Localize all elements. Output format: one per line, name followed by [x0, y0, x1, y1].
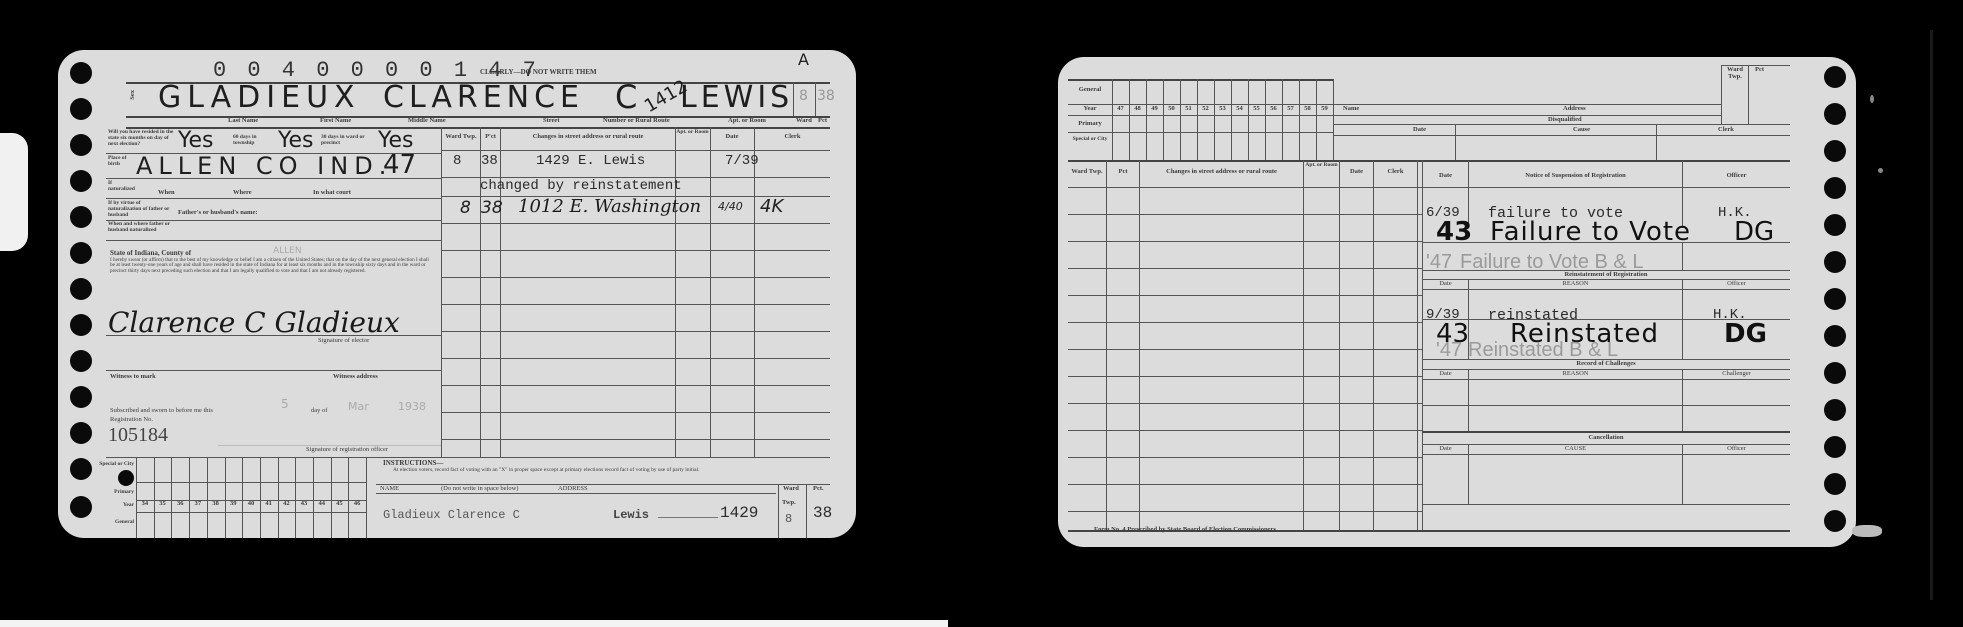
name-pct: 38 — [817, 88, 835, 104]
corner-mark: A — [798, 50, 809, 69]
challenges-reason-header: REASON — [1469, 371, 1682, 378]
precinct-label: 30 days in ward or precinct — [321, 135, 379, 147]
col-address: Changes in street address or rural route — [1140, 169, 1303, 176]
col-pct: P'ct — [481, 134, 500, 141]
stub-ward: 8 — [785, 512, 792, 526]
row3-date: 4/40 — [718, 200, 743, 213]
label-middle-name: Middle Name — [408, 118, 446, 125]
form-footer: Form No. 4 Prescribed by State Board of … — [1094, 527, 1276, 534]
year-cell: 57 — [1282, 106, 1299, 113]
year-cell: 47 — [1112, 106, 1129, 113]
reinstatement-2-officer: DG — [1724, 319, 1767, 349]
col-apt: Apt. or Room — [676, 130, 709, 136]
registration-no-label: Registration No. — [110, 417, 153, 424]
reinstatement-date-header: Date — [1423, 281, 1468, 288]
residence-question: Will you have resided in the state six m… — [108, 130, 178, 147]
col-date: Date — [1340, 169, 1373, 176]
subscribed-day: 5 — [281, 397, 289, 411]
address-label: Address — [1563, 106, 1586, 113]
clerk-label: Clerk — [1718, 127, 1734, 134]
date-label: Date — [1413, 127, 1426, 134]
stub-pct: 38 — [813, 504, 832, 522]
year-cell: 55 — [1248, 106, 1265, 113]
label-pct: Pct — [818, 118, 827, 125]
last-name: GLADIEUX — [158, 80, 361, 115]
year-cell: 44 — [313, 501, 331, 508]
year-cell: 36 — [171, 501, 189, 508]
township-label: 60 days in township — [233, 135, 278, 147]
row3-ward: 8 — [460, 198, 471, 218]
scanner-bottom-strip — [0, 620, 948, 627]
name-ward: 8 — [799, 88, 808, 104]
row3-clerk: 4K — [760, 196, 783, 217]
naturalized-when: When — [158, 190, 175, 197]
place-of-birth: ALLEN CO IND. — [136, 152, 392, 180]
reinstatement-reason-header: REASON — [1469, 281, 1682, 288]
year-cell: 58 — [1299, 106, 1316, 113]
grid-label-special: Special or City — [1070, 137, 1110, 143]
challenges-date-header: Date — [1423, 371, 1468, 378]
label-ward: Ward — [796, 118, 812, 125]
residence-answer: Yes — [178, 128, 214, 153]
witness-address-label: Witness address — [333, 374, 378, 381]
cause-label: Cause — [1573, 127, 1590, 134]
year-cell: 38 — [207, 501, 225, 508]
subscribed-year: 1938 — [398, 400, 426, 413]
cancellation-date-header: Date — [1423, 446, 1468, 453]
col-clerk: Clerk — [755, 134, 830, 141]
row1-address: 1429 E. Lewis — [536, 153, 645, 169]
year-cell: 56 — [1265, 106, 1282, 113]
grid-label-primary: Primary — [1070, 121, 1110, 128]
row1-pct: 38 — [481, 153, 498, 169]
oath-county: ALLEN — [273, 246, 302, 256]
label-street: Street — [543, 118, 559, 125]
row2-note: changed by reinstatement — [480, 178, 682, 194]
cancellation-cause-header: CAUSE — [1469, 446, 1682, 453]
grid-label-year: Year — [86, 503, 134, 509]
year-cell: 40 — [242, 501, 260, 508]
officer-signature-label: Signature of registration officer — [306, 447, 388, 454]
name-label: Name — [1343, 106, 1359, 113]
cancellation-officer-header: Officer — [1683, 446, 1790, 453]
middle-initial: C — [615, 78, 637, 116]
grid-label-general: General — [1070, 87, 1110, 94]
col-date: Date — [711, 134, 753, 141]
naturalized-court: In what court — [313, 190, 351, 197]
registration-number: 105184 — [108, 424, 168, 447]
row1-ward: 8 — [453, 153, 461, 169]
year-cell: 42 — [278, 501, 296, 508]
grid-label-special: Special or City — [86, 462, 134, 468]
disqualified-label: Disqualified — [1548, 117, 1582, 124]
label-apt: Apt. or Room — [728, 118, 766, 125]
stub-twp-label: Twp. — [782, 500, 796, 507]
stub-street: Lewis — [613, 508, 649, 522]
year-cell: 59 — [1316, 106, 1333, 113]
header-instruction: CLEARLY—DO NOT WRITE THEM — [480, 69, 597, 76]
cancellation-title: Cancellation — [1422, 435, 1790, 442]
dust-speck — [1878, 168, 1883, 173]
year-cell: 52 — [1197, 106, 1214, 113]
stub-name-label: NAME — [380, 486, 399, 493]
reinstatement-officer-header: Officer — [1683, 281, 1790, 288]
scanner-edge-artifact — [0, 133, 28, 251]
age: 47 — [383, 150, 416, 180]
challenges-challenger-header: Challenger — [1683, 371, 1790, 378]
year-cell: 48 — [1129, 106, 1146, 113]
col-address: Changes in street address or rural route — [502, 134, 674, 141]
year-cell: 45 — [331, 501, 349, 508]
scan-line — [1930, 30, 1933, 600]
witness-label: Witness to mark — [110, 374, 156, 381]
year-cell: 41 — [260, 501, 278, 508]
township-answer: Yes — [278, 128, 314, 153]
year-cell: 34 — [136, 501, 154, 508]
dust-speck — [1852, 525, 1882, 537]
label-first-name: First Name — [320, 118, 351, 125]
year-cell: 54 — [1231, 106, 1248, 113]
suspension-officer-header: Officer — [1683, 173, 1790, 180]
challenges-title: Record of Challenges — [1422, 361, 1790, 368]
first-name: CLARENCE — [383, 80, 584, 115]
col-clerk: Clerk — [1374, 169, 1417, 176]
grid-label-year: Year — [1070, 106, 1110, 113]
row3-pct: 38 — [481, 198, 503, 218]
oath-text: I hereby swear (or affirm) that to the b… — [110, 258, 430, 274]
stub-pct-label: Pct. — [813, 486, 824, 493]
col-ward: Ward Twp. — [1068, 169, 1106, 176]
naturalized-where: Where — [233, 190, 252, 197]
stub-ward-label: Ward — [783, 486, 799, 493]
instructions-text: At election voters, record fact of votin… — [393, 468, 793, 474]
grid-label-primary: Primary — [86, 490, 134, 496]
dust-speck — [1870, 95, 1874, 103]
stub-name: Gladieux Clarence C — [383, 508, 520, 522]
suspension-title: Notice of Suspension of Registration — [1469, 173, 1682, 180]
year-cell: 46 — [348, 501, 366, 508]
signature-label: Signature of elector — [318, 338, 369, 345]
year-cell: 35 — [154, 501, 172, 508]
voter-registration-card-front: 0 0 4 0 0 0 0 1 4 7 CLEARLY—DO NOT WRITE… — [58, 50, 856, 538]
subscribed-label: Subscribed and sworn to before me this — [110, 408, 213, 415]
year-cell: 50 — [1163, 106, 1180, 113]
year-cell: 37 — [189, 501, 207, 508]
reinstatement-title: Reinstatement of Registration — [1422, 272, 1790, 279]
voter-registration-card-back: General Year Primary Special or City 47 … — [1058, 57, 1856, 547]
label-number: Number or Rural Route — [603, 118, 670, 125]
subscribed-month-label: day of — [311, 408, 327, 415]
pct-label: Pct — [1755, 67, 1764, 74]
row1-date: 7/39 — [725, 153, 759, 169]
place-of-birth-label: Place of birth — [108, 156, 138, 168]
year-cell: 43 — [295, 501, 313, 508]
col-ward: Ward Twp. — [443, 134, 479, 141]
father-name-label: Father's or husband's name: — [178, 210, 258, 217]
grid-label-general: General — [86, 520, 134, 526]
stub-address-label: ADDRESS — [558, 486, 588, 493]
stub-no-write-label: (Do not write in space below) — [441, 486, 518, 493]
year-cell: 39 — [224, 501, 242, 508]
father-naturalized-label: When and where father or husband natural… — [108, 222, 176, 234]
subscribed-month: Mar — [348, 400, 369, 413]
suspension-date-header: Date — [1423, 173, 1468, 180]
sex-label: Sex — [130, 90, 137, 100]
by-virtue-label: If by virtue of naturalization of father… — [108, 201, 170, 218]
year-cell: 51 — [1180, 106, 1197, 113]
street-name: LEWIS — [680, 80, 793, 115]
row3-address: 1012 E. Washington — [518, 196, 701, 217]
label-last-name: Last Name — [228, 118, 258, 125]
stub-number: 1429 — [720, 504, 758, 522]
year-cell: 53 — [1214, 106, 1231, 113]
year-cell: 49 — [1146, 106, 1163, 113]
naturalized-label: If naturalized — [108, 181, 138, 193]
col-pct: Pct — [1107, 169, 1139, 176]
col-apt: Apt. or Room — [1304, 163, 1339, 169]
ward-twp-label: Ward Twp. — [1722, 67, 1748, 81]
